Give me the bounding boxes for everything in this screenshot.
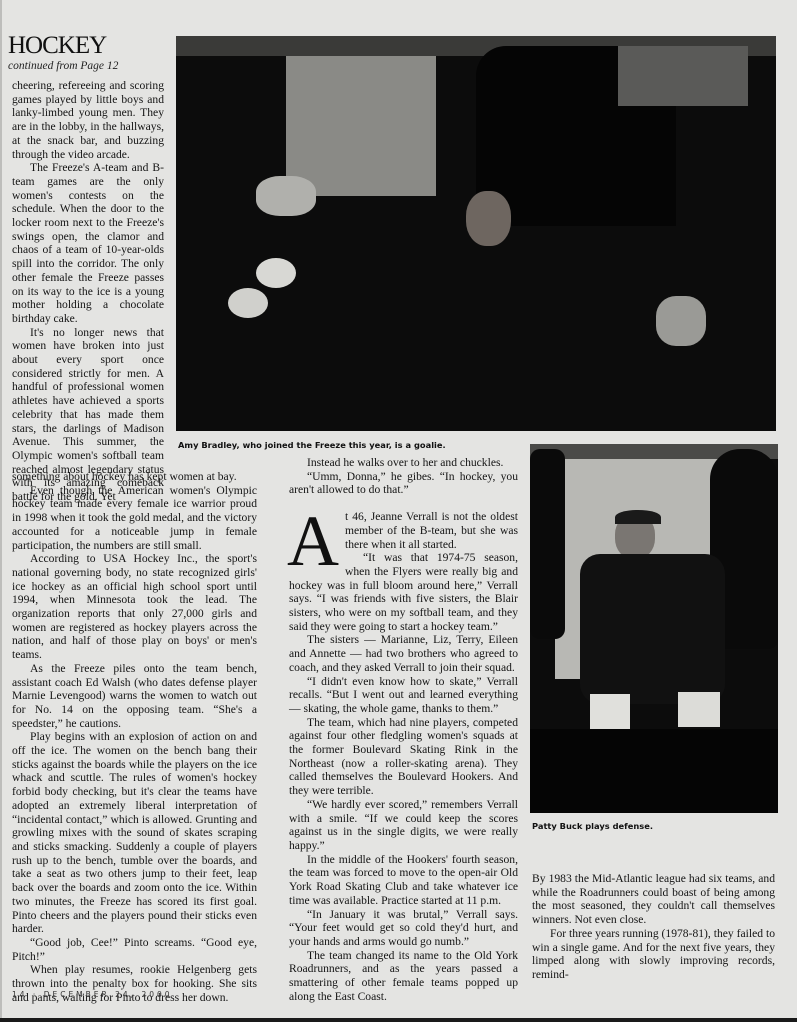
article-column-2: Instead he walks over to her and chuckle… — [289, 456, 518, 1003]
paragraph: According to USA Hockey Inc., the sport'… — [12, 552, 257, 662]
photo-wall-tiles — [286, 56, 436, 196]
photo-face — [466, 191, 511, 246]
photo-pad-2 — [228, 288, 268, 318]
paragraph: The team, which had nine players, compet… — [289, 716, 518, 798]
photo-amy-bradley-locker-room — [176, 36, 776, 431]
paragraph: In the middle of the Hookers' fourth sea… — [289, 853, 518, 908]
photo-skate — [656, 296, 706, 346]
photo-caption: Amy Bradley, who joined the Freeze this … — [178, 440, 446, 450]
photo-caption: Patty Buck plays defense. — [532, 821, 653, 831]
photo-sock-right — [678, 692, 720, 727]
newspaper-page: HOCKEY continued from Page 12 cheering, … — [0, 0, 797, 1022]
paragraph: Instead he walks over to her and chuckle… — [289, 456, 518, 470]
article-column-1-top: cheering, refereeing and scoring games p… — [12, 79, 164, 504]
paragraph: The Freeze's A-team and B-team games are… — [12, 161, 164, 325]
photo-hanging-coat-left — [530, 449, 565, 639]
page-folio: 14 · DECEMBER 24, 2000 — [12, 990, 173, 999]
photo-cap — [615, 510, 661, 524]
paragraph: By 1983 the Mid-Atlantic league had six … — [532, 872, 775, 927]
article-column-1-bottom: something about hockey has kept women at… — [12, 470, 257, 1004]
paragraph: cheering, refereeing and scoring games p… — [12, 79, 164, 161]
paragraph: “In January it was brutal,” Verrall says… — [289, 908, 518, 949]
paragraph: The sisters — Marianne, Liz, Terry, Eile… — [289, 633, 518, 674]
dropcap-letter: A — [287, 512, 339, 570]
dropcap-paragraph: A t 46, Jeanne Verrall is not the oldest… — [289, 510, 518, 633]
photo-back-wall — [618, 46, 748, 106]
paragraph: Play begins with an explosion of action … — [12, 730, 257, 936]
paragraph: “I didn't even know how to skate,” Verra… — [289, 675, 518, 716]
paragraph: As the Freeze piles onto the team bench,… — [12, 662, 257, 731]
photo-patty-buck — [530, 444, 778, 813]
photo-bench — [530, 729, 778, 813]
photo-jersey — [580, 554, 725, 704]
paragraph: Even though the American women's Olympic… — [12, 484, 257, 553]
paragraph: “We hardly ever scored,” remembers Verra… — [289, 798, 518, 853]
paragraph: The team changed its name to the Old Yor… — [289, 949, 518, 1004]
article-column-3: By 1983 the Mid-Atlantic league had six … — [532, 872, 775, 982]
paragraph: something about hockey has kept women at… — [12, 470, 257, 484]
page-edge — [0, 0, 2, 1018]
section-headline: HOCKEY — [8, 34, 106, 58]
paragraph: “Umm, Donna,” he gibes. “In hockey, you … — [289, 470, 518, 497]
paragraph: “Good job, Cee!” Pinto screams. “Good ey… — [12, 936, 257, 963]
paragraph: For three years running (1978-81), they … — [532, 927, 775, 982]
continued-from-note: continued from Page 12 — [8, 60, 118, 72]
photo-pad-1 — [256, 258, 296, 288]
photo-sock-left — [590, 694, 630, 729]
photo-glove — [256, 176, 316, 216]
